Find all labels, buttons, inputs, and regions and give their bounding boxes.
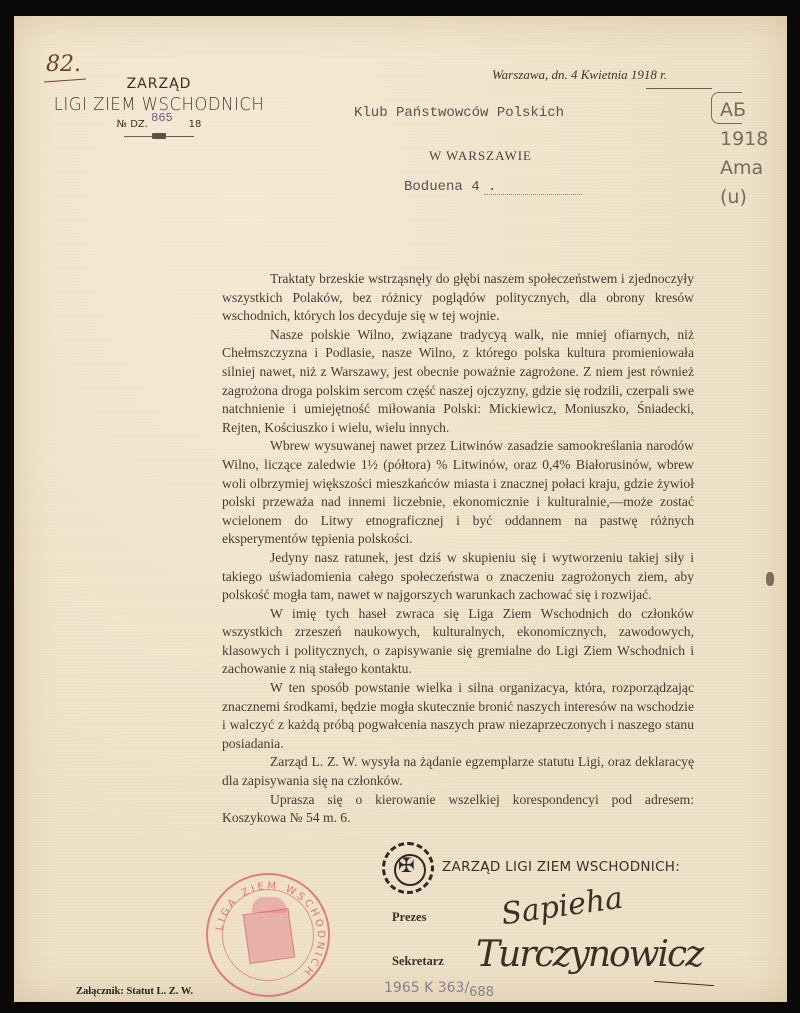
archive-annotation: АБ 1918 Ama (u) [720,96,780,212]
paper-hole [766,572,774,586]
secretary-label: Sekretarz [392,954,444,969]
president-signature: Sapieha [499,881,625,933]
letter-body: Traktaty brzeskie wstrząsnęły do głębi n… [222,270,694,828]
red-stamp-icon: LIGA ZIEM WSCHODNICH [206,873,330,997]
body-paragraph: Uprasza się o kierowanie wszelkiej kores… [222,791,694,828]
letterhead-line1: ZARZĄD [34,76,284,92]
letterhead-ornament [124,133,194,139]
body-paragraph: Traktaty brzeskie wstrząsnęły do głębi n… [222,270,694,326]
body-paragraph: Wbrew wysuwanej nawet przez Litwinów zas… [222,437,694,549]
body-paragraph: W imię tych haseł zwraca się Liga Ziem W… [222,605,694,679]
body-paragraph: Nasze polskie Wilno, związane tradycyą w… [222,326,694,438]
body-paragraph: Jedyny nasz ratunek, jest dziś w skupien… [222,549,694,605]
reference-year: 18 [189,119,202,130]
date-line: Warszawa, dn. 4 Kwietnia 1918 r. [492,67,667,83]
address-dotted-line [484,194,582,195]
recipient-street: Boduena 4 . [404,179,496,195]
president-label: Prezes [392,910,426,925]
body-paragraph: Zarząd L. Z. W. wysyła na żądanie egzemp… [222,753,694,790]
library-stamp-icon: ✠ [382,842,434,894]
signature-heading: ZARZĄD LIGI ZIEM WSCHODNICH: [442,859,680,875]
reference-number: № DZ. 865 18 [34,117,284,131]
signature-flourish [654,981,714,986]
pencil-underline [646,88,712,89]
body-paragraph: W ten sposób powstanie wielka i silna or… [222,679,694,753]
reference-prefix: № DZ. [117,119,148,130]
folio-number: 82. [46,52,81,77]
secretary-signature: Turczynowicz [476,934,702,975]
reference-value: 865 [151,111,173,125]
letterhead: ZARZĄD LIGI ZIEM WSCHODNICH № DZ. 865 18 [34,76,284,139]
document-page: 82. ZARZĄD LIGI ZIEM WSCHODNICH № DZ. 86… [14,16,787,1002]
inventory-code: 1965 K 363/688 [384,980,494,996]
crest-icon [243,908,296,964]
recipient-name: Klub Państwowców Polskich [354,105,564,121]
recipient-city: W WARSZAWIE [429,148,532,164]
attachment-note: Załącznik: Statut L. Z. W. [76,986,193,997]
